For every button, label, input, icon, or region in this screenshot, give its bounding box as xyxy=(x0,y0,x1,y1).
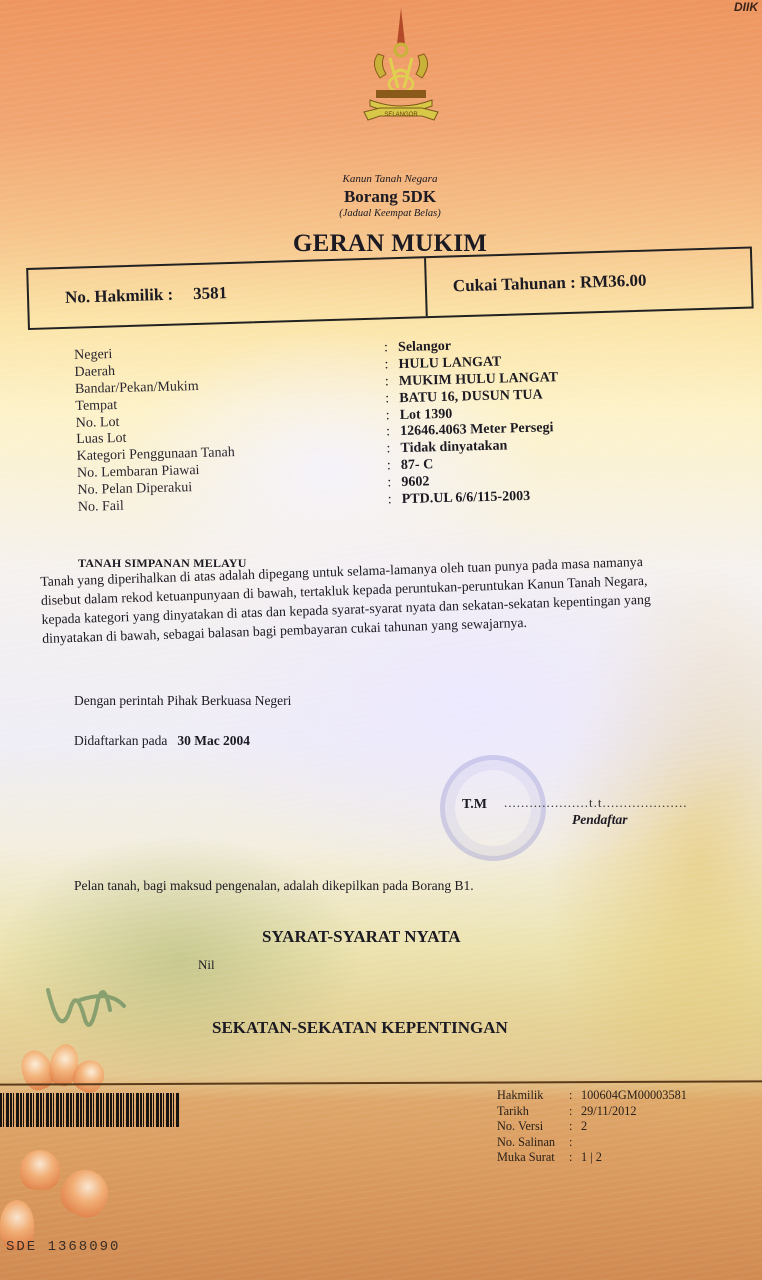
field-separator: : xyxy=(387,475,401,492)
restrictions-heading: SEKATAN-SEKATAN KEPENTINGAN xyxy=(212,1018,508,1038)
field-separator: : xyxy=(385,391,399,408)
barcode-icon xyxy=(0,1093,180,1127)
field-separator: : xyxy=(384,340,398,357)
field-separator: : xyxy=(387,458,401,475)
metadata-value: 2 xyxy=(581,1119,587,1135)
field-separator: : xyxy=(386,425,400,442)
corner-text: DIIK xyxy=(734,0,758,14)
land-details-list: Negeri:SelangorDaerah:HULU LANGATBandar/… xyxy=(74,336,561,517)
annual-tax-value: RM36.00 xyxy=(580,271,647,293)
field-separator: : xyxy=(385,374,399,391)
registration-date-line: Didaftarkan pada30 Mac 2004 xyxy=(74,733,250,749)
field-value: PTD.UL 6/6/115-2003 xyxy=(402,489,531,509)
metadata-value: 29/11/2012 xyxy=(581,1104,637,1120)
metadata-label: Tarikh xyxy=(497,1104,569,1120)
field-value: BATU 16, DUSUN TUA xyxy=(399,387,543,407)
metadata-row: No. Versi:2 xyxy=(497,1119,687,1135)
annual-tax-cell: Cukai Tahunan : RM36.00 xyxy=(426,249,752,317)
flower-decoration-icon xyxy=(54,1162,115,1223)
field-separator: : xyxy=(386,441,400,458)
tm-label: T.M xyxy=(462,797,487,813)
metadata-row: Hakmilik:100604GM00003581 xyxy=(497,1088,687,1104)
metadata-label: Muka Surat xyxy=(497,1150,569,1166)
metadata-row: Tarikh:29/11/2012 xyxy=(497,1104,687,1120)
annual-tax-label: Cukai Tahunan : xyxy=(453,273,576,297)
metadata-label: No. Versi xyxy=(497,1119,569,1135)
title-number-cell: No. Hakmilik : 3581 xyxy=(28,258,428,328)
footer-divider xyxy=(0,1080,762,1085)
registrar-label: Pendaftar xyxy=(572,812,628,828)
metadata-separator: : xyxy=(569,1104,581,1120)
metadata-label: No. Salinan xyxy=(497,1135,569,1151)
metadata-separator: : xyxy=(569,1135,581,1151)
metadata-separator: : xyxy=(569,1150,581,1166)
field-separator: : xyxy=(386,408,400,425)
plan-note: Pelan tanah, bagi maksud pengenalan, ada… xyxy=(74,878,474,894)
authority-statement: Dengan perintah Pihak Berkuasa Negeri xyxy=(74,693,291,709)
express-conditions-heading: SYARAT-SYARAT NYATA xyxy=(262,927,461,947)
document-metadata: Hakmilik:100604GM00003581Tarikh:29/11/20… xyxy=(497,1088,687,1166)
metadata-row: Muka Surat:1 | 2 xyxy=(497,1150,687,1166)
title-number-value: 3581 xyxy=(193,283,228,304)
field-value: Selangor xyxy=(398,339,451,357)
selangor-coat-of-arms-icon: SELANGOR xyxy=(356,4,446,126)
registered-date: 30 Mac 2004 xyxy=(177,733,250,748)
metadata-label: Hakmilik xyxy=(497,1088,569,1104)
act-name: Kanun Tanah Negara xyxy=(0,173,762,185)
registered-label: Didaftarkan pada xyxy=(74,733,167,748)
metadata-value: 100604GM00003581 xyxy=(581,1088,687,1104)
emblem-banner-text: SELANGOR xyxy=(384,112,418,118)
title-number-label: No. Hakmilik : xyxy=(65,285,174,308)
schedule-name: (Jadual Keempat Belas) xyxy=(0,208,762,219)
field-value: 87- C xyxy=(401,457,434,475)
metadata-value: 1 | 2 xyxy=(581,1150,602,1166)
field-value: Lot 1390 xyxy=(400,406,453,424)
form-name: Borang 5DK xyxy=(0,187,762,207)
metadata-separator: : xyxy=(569,1119,581,1135)
serial-number: SDE 1368090 xyxy=(6,1239,120,1255)
handwritten-mark-icon xyxy=(40,970,130,1050)
field-value: Tidak dinyatakan xyxy=(400,439,507,458)
express-conditions-value: Nil xyxy=(198,957,215,973)
field-value: 9602 xyxy=(401,474,429,492)
metadata-row: No. Salinan: xyxy=(497,1135,687,1151)
signature-line: ....................t.t.................… xyxy=(504,795,687,811)
metadata-separator: : xyxy=(569,1088,581,1104)
field-separator: : xyxy=(388,492,402,509)
title-summary-box: No. Hakmilik : 3581 Cukai Tahunan : RM36… xyxy=(26,246,754,330)
flower-decoration-icon xyxy=(20,1150,60,1190)
field-separator: : xyxy=(384,357,398,374)
